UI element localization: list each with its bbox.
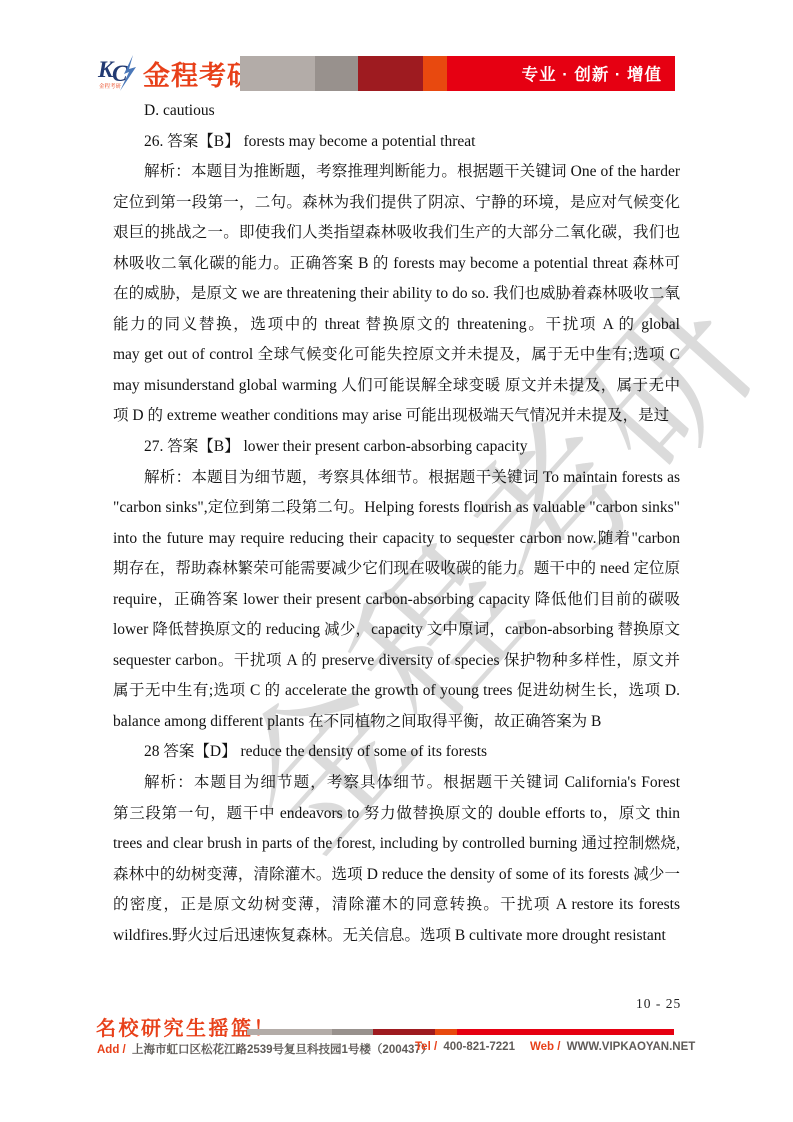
body-text-line: "carbon sinks",定位到第二段第二句。Helping forests…: [113, 493, 680, 524]
document-page: K C 金程考研 金程考研 专业 · 创新 · 增值 金程考研 D. cauti…: [0, 0, 793, 1122]
footer-bar-segment: [332, 1029, 373, 1035]
body-text-line: 在的威胁，是原文 we are threatening their abilit…: [113, 279, 680, 310]
svg-text:金程考研: 金程考研: [99, 82, 122, 90]
body-text-line: may get out of control 全球气候变化可能失控原文并未提及，…: [113, 340, 680, 371]
footer-contact-row: Add / 上海市虹口区松花江路2539号复旦科技园1号楼（200437） Te…: [0, 1041, 793, 1059]
web-value: WWW.VIPKAOYAN.NET: [567, 1041, 696, 1053]
page-number: 10 - 25: [636, 996, 681, 1012]
body-text-line: 艰巨的挑战之一。即使我们人类指望森林吸收我们生产的大部分二氧化碳，我们也威胁着森: [113, 218, 680, 249]
footer-divider-bar: [247, 1029, 674, 1035]
banner-segment: 专业 · 创新 · 增值: [447, 56, 675, 91]
body-text-line: trees and clear brush in parts of the fo…: [113, 829, 680, 860]
footer-bar-segment: [435, 1029, 457, 1035]
body-text-line: 28 答案【D】 reduce the density of some of i…: [113, 737, 680, 768]
answer-explanations: D. cautious26. 答案【B】 forests may become …: [113, 96, 680, 951]
header-slogan: 专业 · 创新 · 增值: [522, 61, 662, 85]
body-text-line: 27. 答案【B】 lower their present carbon-abs…: [113, 432, 680, 463]
banner-segment: [240, 56, 315, 91]
body-text-line: 解析：本题目为细节题，考察具体细节。根据题干关键词 To maintain fo…: [113, 463, 680, 494]
body-text-line: 项 D 的 extreme weather conditions may ari…: [113, 401, 680, 432]
banner-segment: [358, 56, 423, 91]
kc-logo-icon: K C 金程考研: [97, 52, 143, 94]
footer-telephone: Tel / 400-821-7221: [415, 1041, 515, 1053]
body-text-line: D. cautious: [113, 96, 680, 127]
body-text-line: sequester carbon。干扰项 A 的 preserve divers…: [113, 646, 680, 677]
tel-value: 400-821-7221: [443, 1041, 515, 1053]
body-text-line: require，正确答案 lower their present carbon-…: [113, 585, 680, 616]
banner-segment: [423, 56, 447, 91]
footer-address: Add / 上海市虹口区松花江路2539号复旦科技园1号楼（200437）: [97, 1041, 432, 1057]
body-text-line: 的密度，正是原文幼树变薄，清除灌木的同意转换。干扰项 A restore its…: [113, 890, 680, 921]
body-text-line: may misunderstand global warming 人们可能误解全…: [113, 371, 680, 402]
body-text-line: 解析：本题目为细节题，考察具体细节。根据题干关键词 California's F…: [113, 768, 680, 799]
footer-website: Web / WWW.VIPKAOYAN.NET: [530, 1041, 695, 1053]
body-text-line: lower 降低替换原文的 reducing 减少，capacity 文中原词，…: [113, 615, 680, 646]
footer-bar-segment: [457, 1029, 674, 1035]
footer-bar-segment: [373, 1029, 435, 1035]
jincheng-logo: K C 金程考研 金程考研: [97, 52, 240, 94]
body-text-line: wildfires.野火过后迅速恢复森林。无关信息。选项 B cultivate…: [113, 921, 680, 952]
body-text-line: 林吸收二氧化碳的能力。正确答案 B 的 forests may become a…: [113, 249, 680, 280]
body-text-line: 能力的同义替换，选项中的 threat 替换原文的 threatening。干扰…: [113, 310, 680, 341]
page-header: K C 金程考研 金程考研 专业 · 创新 · 增值: [97, 52, 675, 94]
footer-slogan: 名校研究生摇篮！: [96, 1012, 276, 1041]
body-text-line: 解析：本题目为推断题，考察推理判断能力。根据题干关键词 One of the h…: [113, 157, 680, 188]
body-text-line: into the future may require reducing the…: [113, 524, 680, 555]
header-banner: 专业 · 创新 · 增值: [240, 56, 675, 91]
body-text-line: 属于无中生有;选项 C 的 accelerate the growth of y…: [113, 676, 680, 707]
body-text-line: balance among different plants 在不同植物之间取得…: [113, 707, 680, 738]
banner-segment: [315, 56, 358, 91]
body-text-line: 森林中的幼树变薄，清除灌木。选项 D reduce the density of…: [113, 860, 680, 891]
body-text-line: 26. 答案【B】 forests may become a potential…: [113, 127, 680, 158]
body-text-line: 期存在，帮助森林繁荣可能需要减少它们现在吸收碳的能力。题干中的 need 定位原…: [113, 554, 680, 585]
web-label: Web /: [530, 1041, 560, 1053]
address-label: Add /: [97, 1044, 126, 1056]
brand-name: 金程考研: [143, 54, 255, 93]
address-value: 上海市虹口区松花江路2539号复旦科技园1号楼（200437）: [132, 1044, 432, 1056]
tel-label: Tel /: [415, 1041, 437, 1053]
body-text-line: 第三段第一句，题干中 endeavors to 努力做替换原文的 double …: [113, 799, 680, 830]
body-text-line: 定位到第一段第一，二句。森林为我们提供了阴凉、宁静的环境，是应对气候变化斗争中更: [113, 188, 680, 219]
footer-bar-segment: [247, 1029, 332, 1035]
